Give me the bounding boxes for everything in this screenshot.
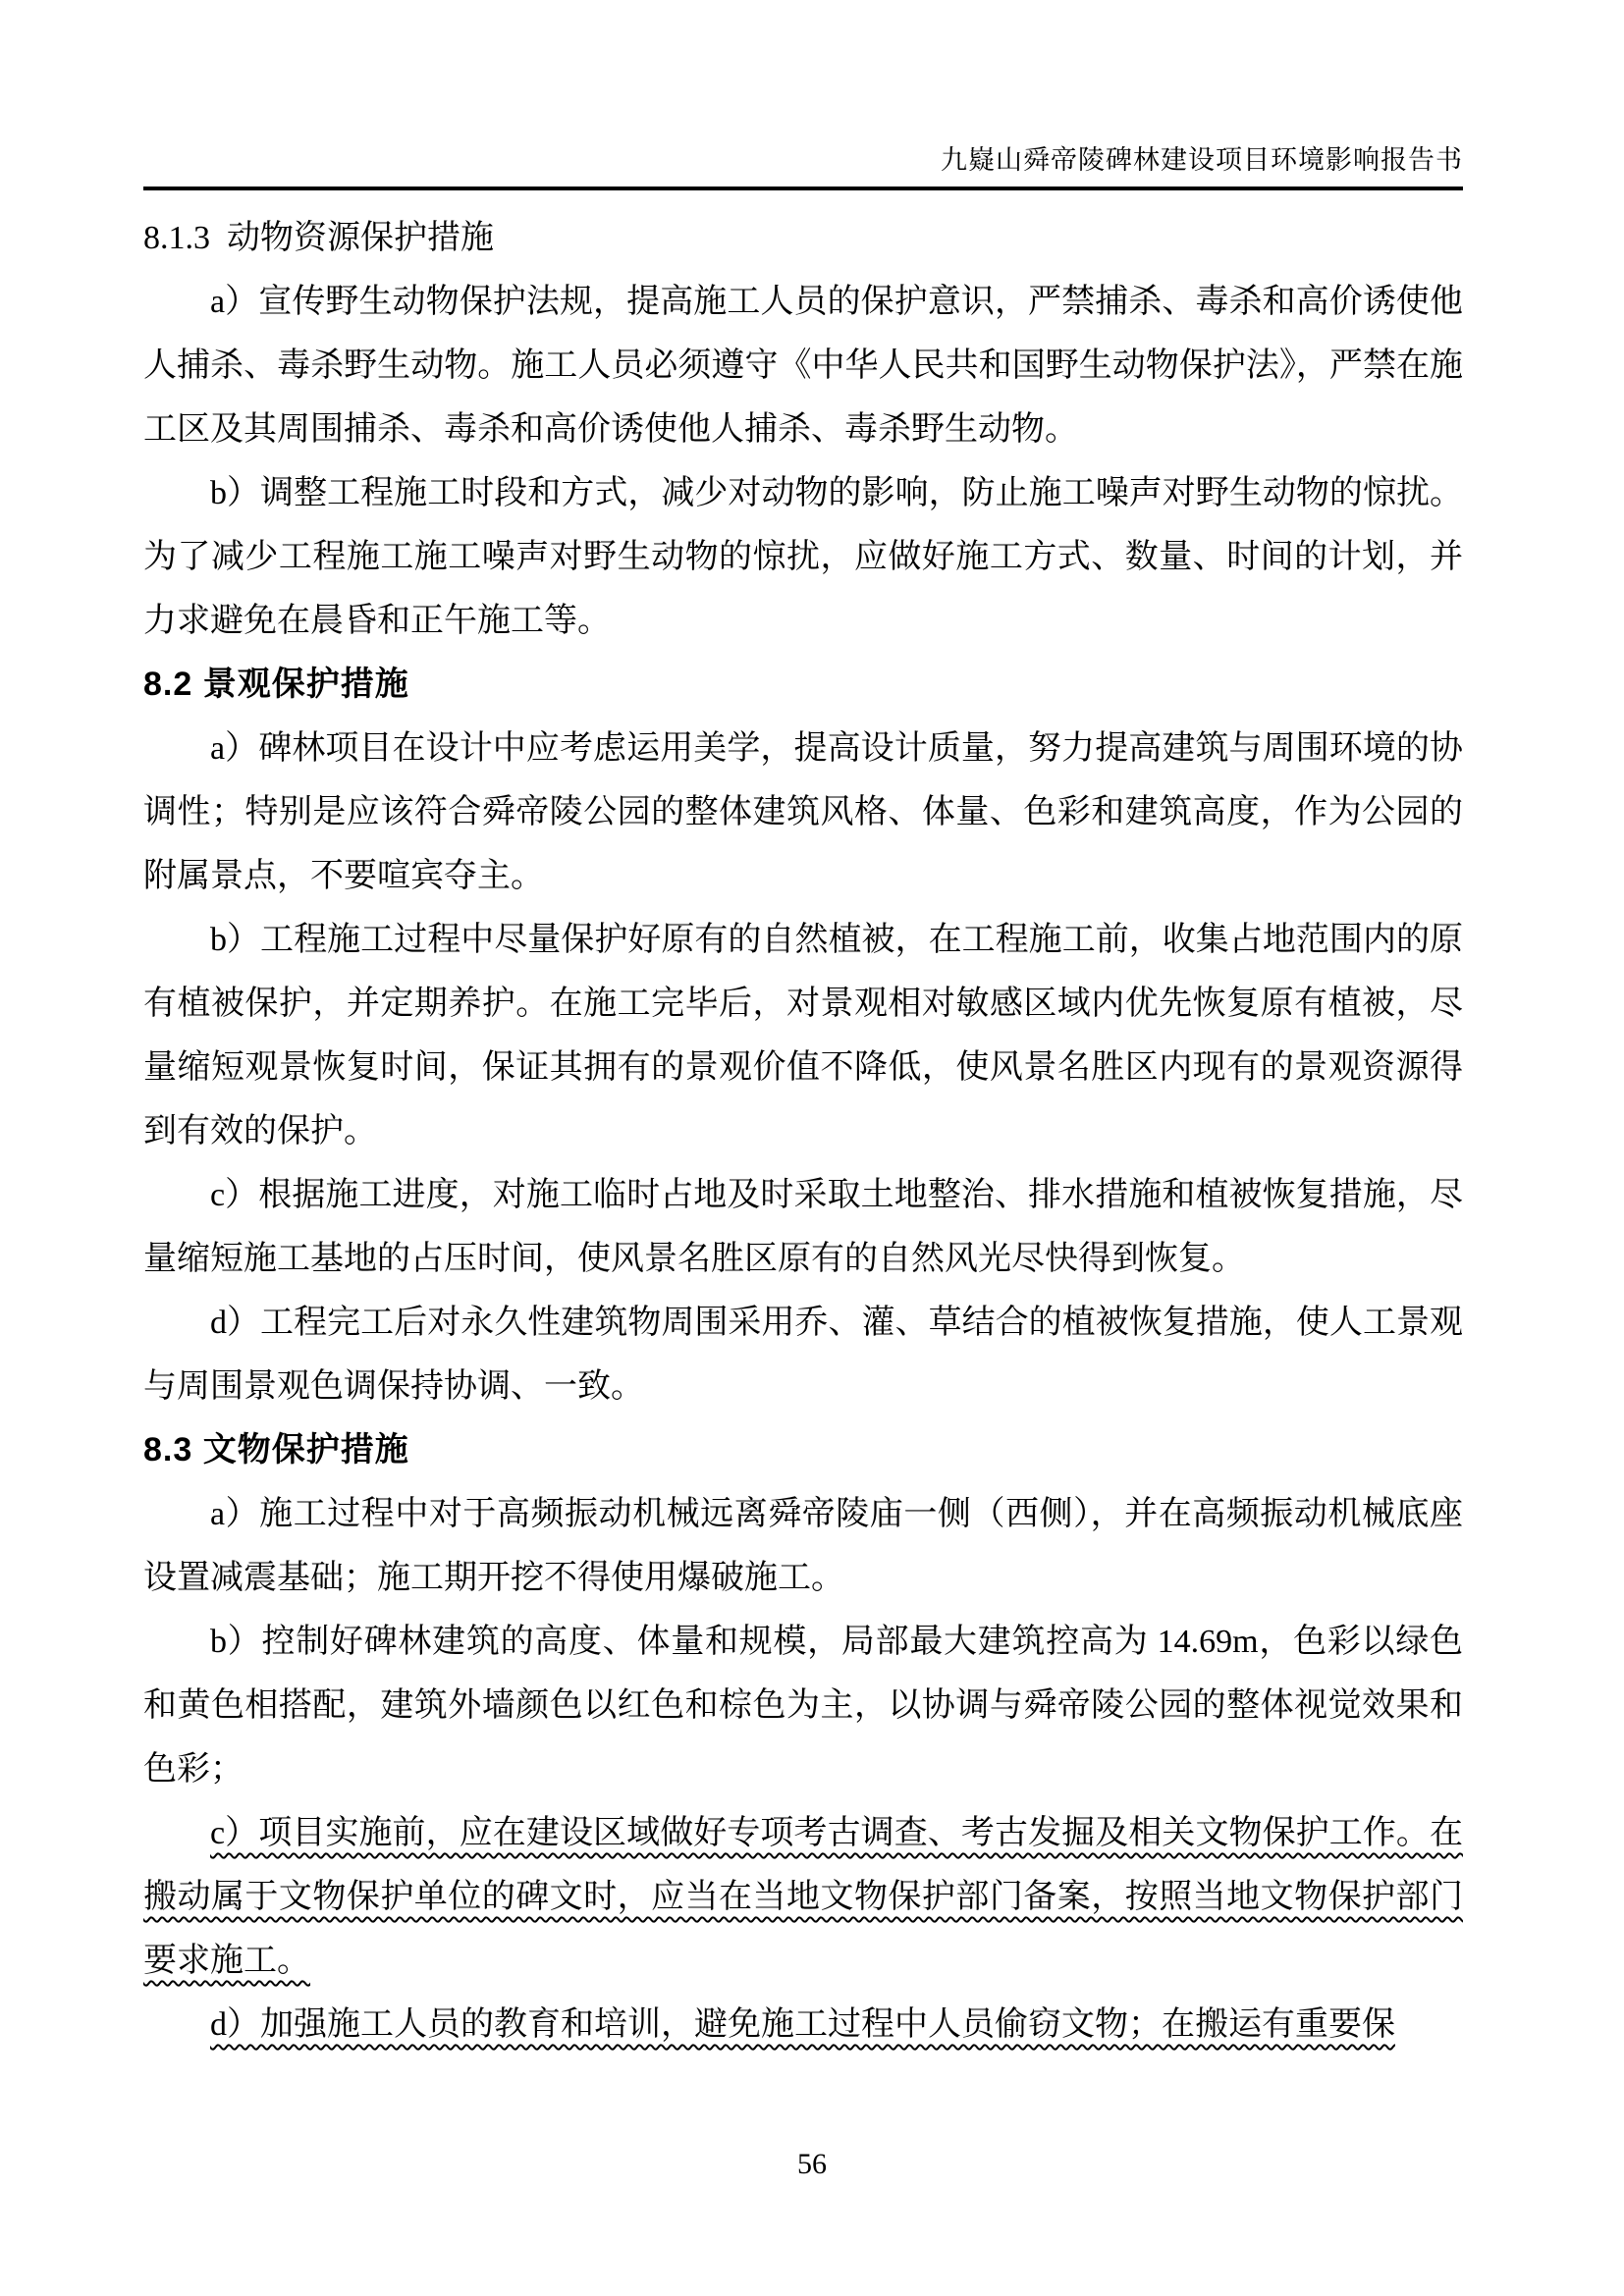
section-heading: 8.2 景观保护措施: [143, 653, 1463, 717]
body-paragraph: a）宣传野生动物保护法规，提高施工人员的保护意识，严禁捕杀、毒杀和高价诱使他人捕…: [143, 270, 1463, 461]
header-rule: [143, 187, 1463, 190]
page-header-title: 九嶷山舜帝陵碑林建设项目环境影响报告书: [143, 143, 1463, 177]
body-paragraph: b）调整工程施工时段和方式，减少对动物的影响，防止施工噪声对野生动物的惊扰。为了…: [143, 461, 1463, 653]
body-paragraph: b）工程施工过程中尽量保护好原有的自然植被，在工程施工前，收集占地范围内的原有植…: [143, 908, 1463, 1163]
body-paragraph: c）项目实施前，应在建设区域做好专项考古调查、考古发掘及相关文物保护工作。在搬动…: [143, 1801, 1463, 1993]
section-heading: 8.3 文物保护措施: [143, 1418, 1463, 1482]
body-paragraph: b）控制好碑林建筑的高度、体量和规模，局部最大建筑控高为 14.69m，色彩以绿…: [143, 1610, 1463, 1801]
report-page: 九嶷山舜帝陵碑林建设项目环境影响报告书 8.1.3 动物资源保护措施a）宣传野生…: [0, 0, 1624, 2296]
body-paragraph: a）碑林项目在设计中应考虑运用美学，提高设计质量，努力提高建筑与周围环境的协调性…: [143, 717, 1463, 908]
document-body: 8.1.3 动物资源保护措施a）宣传野生动物保护法规，提高施工人员的保护意识，严…: [143, 206, 1463, 2056]
section-heading: 8.1.3 动物资源保护措施: [143, 206, 1463, 270]
body-paragraph: d）加强施工人员的教育和培训，避免施工过程中人员偷窃文物；在搬运有重要保: [143, 1993, 1463, 2056]
body-paragraph: a）施工过程中对于高频振动机械远离舜帝陵庙一侧（西侧），并在高频振动机械底座设置…: [143, 1482, 1463, 1610]
page-number: 56: [0, 2146, 1624, 2183]
page-content: 九嶷山舜帝陵碑林建设项目环境影响报告书 8.1.3 动物资源保护措施a）宣传野生…: [143, 0, 1463, 2056]
body-paragraph: d）工程完工后对永久性建筑物周围采用乔、灌、草结合的植被恢复措施，使人工景观与周…: [143, 1291, 1463, 1418]
body-paragraph: c）根据施工进度，对施工临时占地及时采取土地整治、排水措施和植被恢复措施，尽量缩…: [143, 1163, 1463, 1291]
